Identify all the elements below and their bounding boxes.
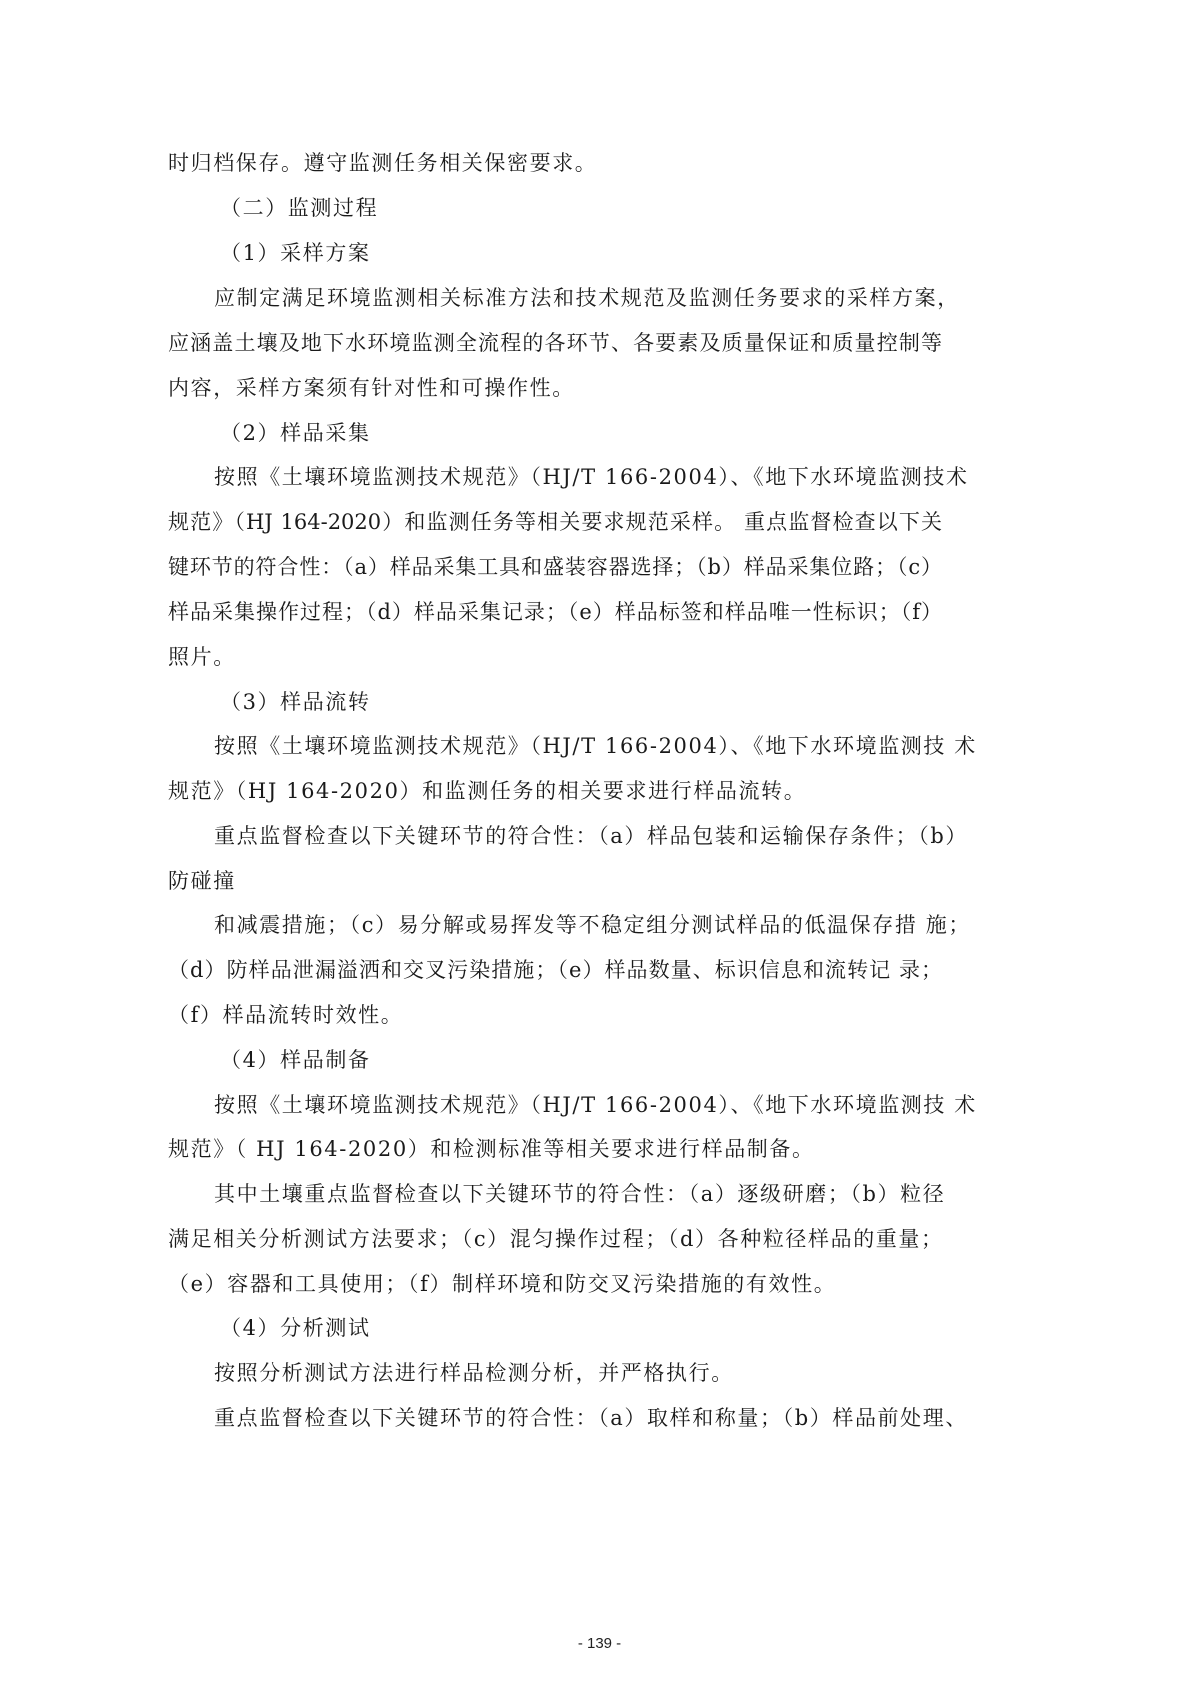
subsection-heading: （4）样品制备 — [220, 1045, 371, 1075]
paragraph-line: 按照《土壤环境监测技术规范》（HJ/T 166-2004）、《地下水环境监测技 … — [214, 1090, 977, 1120]
paragraph-line: 重点监督检查以下关键环节的符合性：（a）样品包装和运输保存条件；（b） — [214, 821, 968, 851]
subsection-heading: （1）采样方案 — [220, 238, 371, 268]
subsection-heading: （2）样品采集 — [220, 418, 371, 448]
paragraph-line: 按照《土壤环境监测技术规范》（HJ/T 166-2004）、《地下水环境监测技 … — [214, 731, 977, 761]
subsection-heading: （4）分析测试 — [220, 1313, 371, 1343]
paragraph-line: 防碰撞 — [168, 866, 236, 896]
subsection-heading: （3）样品流转 — [220, 687, 371, 717]
paragraph-line: 照片。 — [168, 642, 236, 672]
paragraph-line: 规范》（ HJ 164-2020）和检测标准等相关要求进行样品制备。 — [168, 1134, 815, 1164]
paragraph-line: （d）防样品泄漏溢洒和交叉污染措施；（e）样品数量、标识信息和流转记 录； — [168, 955, 942, 985]
paragraph-line: 和减震措施；（c）易分解或易挥发等不稳定组分测试样品的低温保存措 施； — [214, 910, 971, 940]
page-number: - 139 - — [0, 1635, 1199, 1652]
paragraph-line: 满足相关分析测试方法要求；（c）混匀操作过程；（d）各种粒径样品的重量； — [168, 1224, 942, 1254]
paragraph-line: （e）容器和工具使用；（f）制样环境和防交叉污染措施的有效性。 — [168, 1269, 836, 1299]
section-heading: （二）监测过程 — [220, 193, 378, 223]
paragraph-line: 应制定满足环境监测相关标准方法和技术规范及监测任务要求的采样方案， — [214, 283, 960, 313]
paragraph-line: 键环节的符合性：（a）样品采集工具和盛装容器选择；（b）样品采集位路；（c） — [168, 552, 942, 582]
paragraph-line: 规范》（HJ 164-2020）和监测任务等相关要求规范采样。 重点监督检查以下… — [168, 507, 942, 537]
paragraph-line: 按照分析测试方法进行样品检测分析，并严格执行。 — [214, 1358, 734, 1388]
paragraph-line: 其中土壤重点监督检查以下关键环节的符合性：（a）逐级研磨；（b）粒径 — [214, 1179, 945, 1209]
paragraph-line: 按照《土壤环境监测技术规范》（HJ/T 166-2004）、《地下水环境监测技术 — [214, 462, 969, 492]
paragraph-line: 应涵盖土壤及地下水环境监测全流程的各环节、各要素及质量保证和质量控制等 — [168, 328, 942, 358]
text-line: 时归档保存。遵守监测任务相关保密要求。 — [168, 148, 597, 178]
paragraph-line: （f）样品流转时效性。 — [168, 1000, 403, 1030]
paragraph-line: 内容，采样方案须有针对性和可操作性。 — [168, 373, 575, 403]
paragraph-line: 重点监督检查以下关键环节的符合性：（a）取样和称量；（b）样品前处理、 — [214, 1403, 968, 1433]
paragraph-line: 规范》（HJ 164-2020）和监测任务的相关要求进行样品流转。 — [168, 776, 806, 806]
paragraph-line: 样品采集操作过程；（d）样品采集记录；（e）样品标签和样品唯一性标识；（f） — [168, 597, 942, 627]
